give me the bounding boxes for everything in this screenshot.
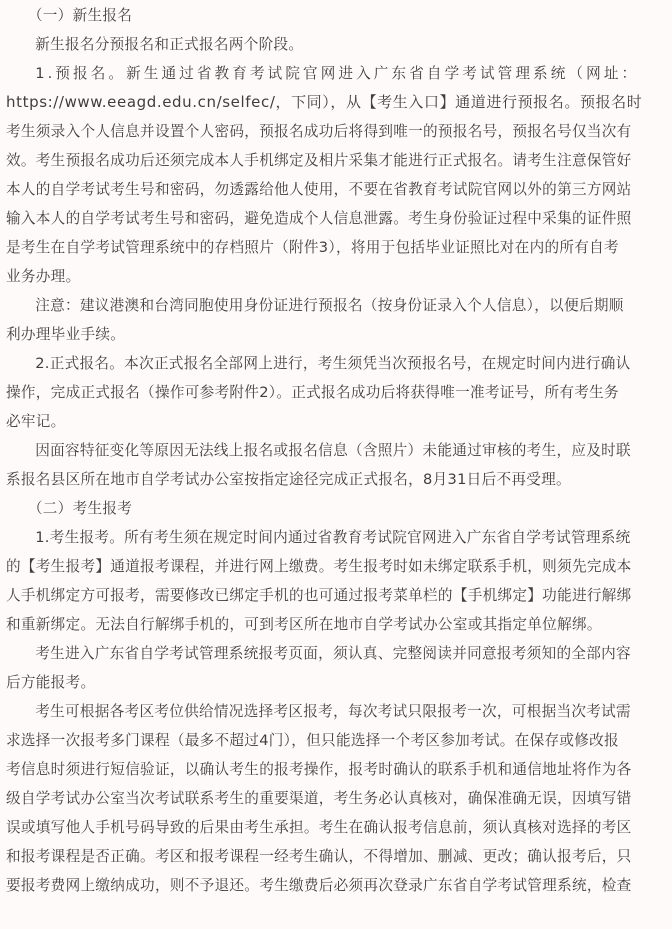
line-pre-registration-1: 1.预报名。新生通过省教育考试院官网进入广东省自学考试管理系统（网址： — [35, 59, 639, 88]
document-body: （一）新生报名 新生报名分预报名和正式报名两个阶段。 1.预报名。新生通过省教育… — [0, 0, 672, 900]
line-notice-2: 后方能报考。 — [6, 668, 95, 697]
line-area-6: 和报考课程是否正确。考区和报考课程一经考生确认，不得增加、删减、更改；确认报考后… — [6, 842, 632, 871]
paragraph-exam-area-selection: 考生可根据各考区考位供给情况选择考区报考，每次考试只限报考一次，可根据当次考试需… — [6, 697, 666, 900]
line-area-7: 要报考费网上缴纳成功，则不予退还。考生缴费后必须再次登录广东省自学考试管理系统，… — [6, 871, 632, 900]
line-area-5: 误或填写他人手机号码导致的后果由考生承担。考生在确认报考信息前，须认真核对选择的… — [6, 813, 632, 842]
paragraph-registration-stages: 新生报名分预报名和正式报名两个阶段。 — [6, 30, 666, 59]
line-enroll-1: 1.考生报考。所有考生须在规定时间内通过省教育考试院官网进入广东省自学考试管理系… — [35, 523, 630, 552]
line-enroll-3: 人手机绑定方可报考，需要修改已绑定手机的也可通过报考菜单栏的【手机绑定】功能进行… — [6, 581, 632, 610]
line-enroll-4: 和重新绑定。无法自行解绑手机的，可到考区所在地市自学考试办公室或其指定单位解绑。 — [6, 610, 602, 639]
line-formal-2: 操作，完成正式报名（操作可参考附件2）。正式报名成功后将获得唯一准考证号，所有考… — [6, 378, 619, 407]
section-heading-new-student-registration: （一）新生报名 — [6, 1, 666, 30]
paragraph-formal-registration: 2.正式报名。本次正式报名全部网上进行，考生须凭当次预报名号，在规定时间内进行确… — [6, 349, 666, 436]
line-area-3: 考信息时须进行短信验证，以确认考生的报考操作，报考时确认的联系手机和通信地址将作… — [6, 755, 632, 784]
line-area-2: 求选择一次报考多门课程（最多不超过4门），但只能选择一个考区参加考试。在保存或修… — [6, 726, 619, 755]
line-pre-registration-4: 效。考生预报名成功后还须完成本人手机绑定及相片采集才能进行正式报名。请考生注意保… — [6, 146, 632, 175]
line-offline-1: 因面容特征变化等原因无法线上报名或报名信息（含照片）未能通过审核的考生，应及时联 — [35, 436, 631, 465]
line-formal-1: 2.正式报名。本次正式报名全部网上进行，考生须凭当次预报名号，在规定时间内进行确… — [35, 349, 630, 378]
paragraph-enrollment-notice: 考生进入广东省自学考试管理系统报考页面，须认真、完整阅读并同意报考须知的全部内容… — [6, 639, 666, 697]
line-pre-registration-url: https://www.eeagd.edu.cn/selfec/，下同），从【考… — [6, 88, 642, 117]
paragraph-pre-registration: 1.预报名。新生通过省教育考试院官网进入广东省自学考试管理系统（网址： http… — [6, 59, 666, 291]
line-pre-registration-3: 考生须录入个人信息并设置个人密码，预报名成功后将得到唯一的预报名号，预报名号仅当… — [6, 117, 632, 146]
line-area-1: 考生可根据各考区考位供给情况选择考区报考，每次考试只限报考一次，可根据当次考试需 — [35, 697, 631, 726]
line-note-2: 利办理毕业手续。 — [6, 320, 125, 349]
line-note-1: 注意：建议港澳和台湾同胞使用身份证进行预报名（按身份证录入个人信息），以便后期顺 — [35, 291, 623, 320]
line-enroll-2: 的【考生报考】通道报考课程，并进行网上缴费。考生报考时如未绑定联系手机，则须先完… — [6, 552, 632, 581]
section-heading-exam-enrollment: （二）考生报考 — [6, 494, 666, 523]
paragraph-note-hk-macao-taiwan: 注意：建议港澳和台湾同胞使用身份证进行预报名（按身份证录入个人信息），以便后期顺… — [6, 291, 666, 349]
paragraph-offline-registration: 因面容特征变化等原因无法线上报名或报名信息（含照片）未能通过审核的考生，应及时联… — [6, 436, 666, 494]
line-area-4: 级自学考试办公室当次考试联系考生的重要渠道，考生务必认真核对，确保准确无误，因填… — [6, 784, 632, 813]
line-pre-registration-6: 输入本人的自学考试考生号和密码，避免造成个人信息泄露。考生身份验证过程中采集的证… — [6, 204, 632, 233]
line-offline-2: 系报名县区所在地市自学考试办公室按指定途径完成正式报名，8月31日后不再受理。 — [6, 465, 571, 494]
line-pre-registration-8: 业务办理。 — [6, 262, 80, 291]
line-pre-registration-5: 本人的自学考试考生号和密码，勿透露给他人使用，不要在省教育考试院官网以外的第三方… — [6, 175, 632, 204]
line-pre-registration-7: 是考生在自学考试管理系统中的存档照片（附件3），将用于包括毕业证照比对在内的所有… — [6, 233, 619, 262]
line-notice-1: 考生进入广东省自学考试管理系统报考页面，须认真、完整阅读并同意报考须知的全部内容 — [35, 639, 631, 668]
line-formal-3: 必牢记。 — [6, 407, 66, 436]
paragraph-exam-enrollment: 1.考生报考。所有考生须在规定时间内通过省教育考试院官网进入广东省自学考试管理系… — [6, 523, 666, 639]
